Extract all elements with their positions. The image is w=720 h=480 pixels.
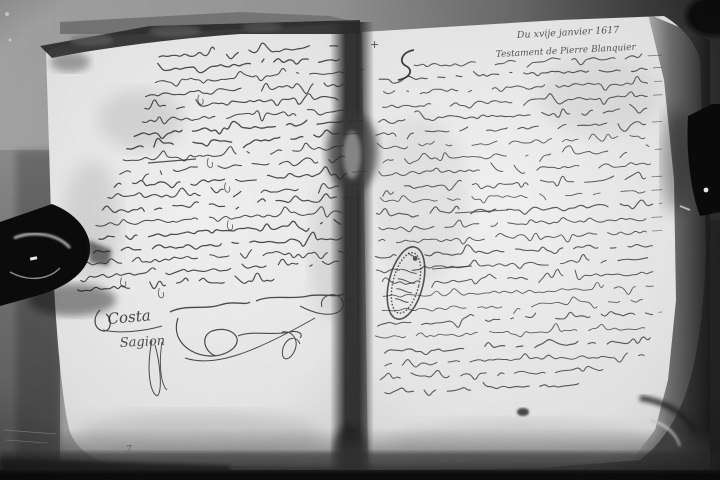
manuscript-scene: Du xvije janvier 1617 Testament de Pierr… xyxy=(0,0,720,480)
manuscript-photo: Du xvije janvier 1617 Testament de Pierr… xyxy=(0,0,720,480)
vignette xyxy=(0,0,720,480)
